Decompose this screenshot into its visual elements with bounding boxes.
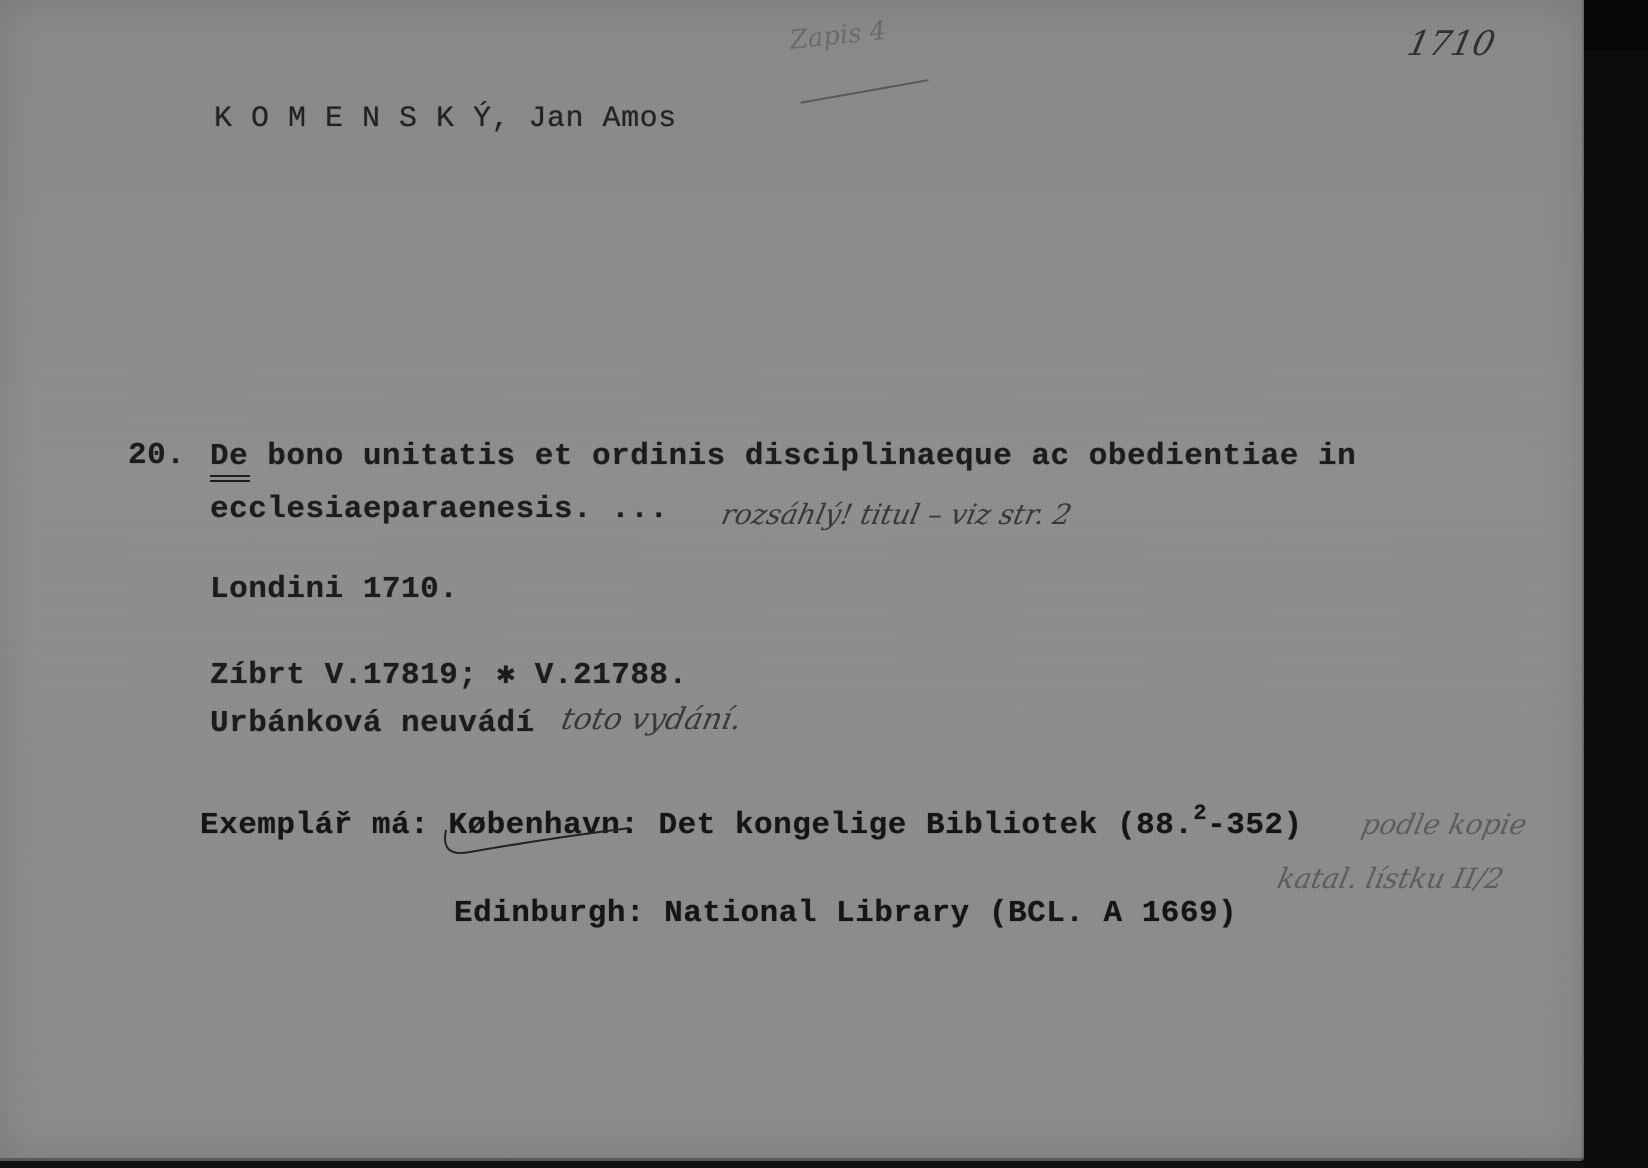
holding-2: Edinburgh: National Library (BCL. A 1669…: [454, 898, 1237, 929]
holding1-library: Det kongelige Bibliotek: [659, 808, 1098, 843]
handwritten-holding-note-1: podle kopie: [1358, 808, 1529, 841]
entry-title-line-1: De bono unitatis et ordinis disciplinaeq…: [210, 441, 1356, 472]
handwritten-title-note: rozsáhlý! titul – viz str. 2: [718, 498, 1074, 531]
de-underline-2: [210, 480, 250, 482]
urbankova-note: Urbánková neuvádí: [210, 708, 535, 739]
imprint: Londini 1710.: [210, 574, 458, 605]
de-underline-1: [210, 475, 250, 477]
entry-number: 20.: [128, 440, 185, 471]
handwritten-catalog-number: 1710: [1404, 24, 1499, 64]
faint-underline: [800, 79, 928, 104]
pencil-bracket-mark: [440, 810, 640, 860]
holdings-line-1: Exemplář má: København: Det kongelige Bi…: [200, 810, 1303, 841]
entry-title-line-2: ecclesiaeparaenesis. ...: [210, 494, 668, 525]
handwritten-holding-note-2: katal. lístku II/2: [1274, 862, 1506, 895]
scan-background-edge: [1584, 0, 1648, 1168]
author-heading: K O M E N S K Ý, Jan Amos: [214, 104, 677, 134]
faint-pencil-text: Zapis 4: [788, 16, 887, 56]
holding1-shelfmark-sup: 2: [1193, 801, 1207, 826]
holding1-shelfmark-prefix: (88.: [1117, 808, 1193, 843]
bibliographic-references: Zíbrt V.17819; ✱ V.21788.: [210, 660, 688, 691]
catalog-card: Zapis 4 1710 K O M E N S K Ý, Jan Amos 2…: [0, 0, 1584, 1161]
faint-pencil-annotation: Zapis 4: [788, 10, 946, 105]
holding1-shelfmark-suffix: -352): [1207, 808, 1303, 843]
scanned-catalog-card-view: Zapis 4 1710 K O M E N S K Ý, Jan Amos 2…: [0, 0, 1648, 1168]
handwritten-urbankova-note: toto vydání.: [558, 702, 745, 737]
scan-edge-strip: [1584, 0, 1648, 50]
holdings-label: Exemplář má:: [200, 808, 429, 843]
